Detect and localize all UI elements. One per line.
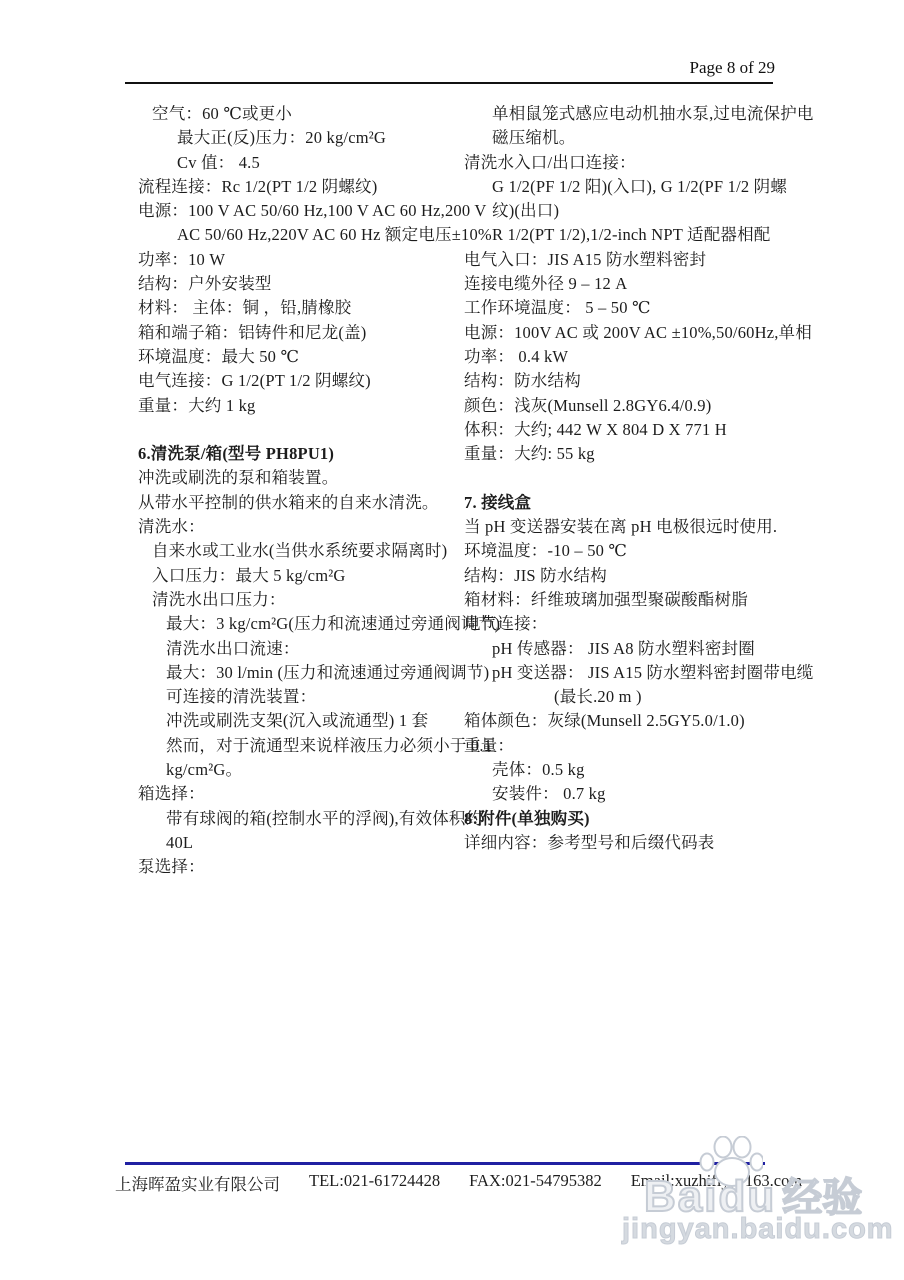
company-name: 上海晖盈实业有限公司 bbox=[115, 1171, 280, 1195]
spec-line bbox=[464, 466, 794, 490]
spec-line: 清洗水入口/出口连接： bbox=[464, 151, 794, 175]
spec-line: 可连接的清洗装置： bbox=[138, 685, 454, 709]
spec-line: 清洗水出口流速： bbox=[138, 637, 454, 661]
spec-line: 体积：大约; 442 W X 804 D X 771 H bbox=[464, 418, 794, 442]
spec-line: 单相鼠笼式感应电动机抽水泵,过电流保护电 bbox=[464, 102, 794, 126]
spec-line: 泵选择： bbox=[138, 855, 454, 879]
section-heading: 7. 接线盒 bbox=[464, 491, 794, 515]
spec-line: 冲洗或刷洗的泵和箱装置。 bbox=[138, 466, 454, 490]
spec-line: 40L bbox=[138, 831, 454, 855]
spec-line: 最大：3 kg/cm²G(压力和流速通过旁通阀调节) bbox=[138, 612, 454, 636]
section-heading: 8:附件(单独购买) bbox=[464, 807, 794, 831]
spec-line: 电气连接：G 1/2(PT 1/2 阴螺纹) bbox=[138, 369, 454, 393]
spec-line: 箱体颜色：灰绿(Munsell 2.5GY5.0/1.0) bbox=[464, 709, 794, 733]
spec-line: pH 变送器： JIS A15 防水塑料密封圈带电缆 bbox=[464, 661, 794, 685]
section-heading: 6.清洗泵/箱(型号 PH8PU1) bbox=[138, 442, 454, 466]
spec-line: 箱选择： bbox=[138, 782, 454, 806]
spec-line: G 1/2(PF 1/2 阳)(入口), G 1/2(PF 1/2 阴螺 bbox=[464, 175, 794, 199]
spec-line: 功率：10 W bbox=[138, 248, 454, 272]
spec-line: 电气入口：JIS A15 防水塑料密封 bbox=[464, 248, 794, 272]
spec-line: Cv 值： 4.5 bbox=[138, 151, 454, 175]
spec-line: pH 传感器： JIS A8 防水塑料密封圈 bbox=[464, 637, 794, 661]
spec-line: 电源：100V AC 或 200V AC ±10%,50/60Hz,单相 bbox=[464, 321, 794, 345]
spec-line: 清洗水出口压力： bbox=[138, 588, 454, 612]
spec-line: 结构：户外安装型 bbox=[138, 272, 454, 296]
header-rule bbox=[125, 82, 773, 84]
right-column: 单相鼠笼式感应电动机抽水泵,过电流保护电磁压缩机。清洗水入口/出口连接：G 1/… bbox=[464, 102, 794, 855]
document-page: Page 8 of 29 空气：60 ℃或更小最大正(反)压力：20 kg/cm… bbox=[0, 0, 904, 1280]
spec-line: 功率： 0.4 kW bbox=[464, 345, 794, 369]
spec-line: 最大正(反)压力：20 kg/cm²G bbox=[138, 126, 454, 150]
spec-line: 壳体：0.5 kg bbox=[464, 758, 794, 782]
spec-line: 详细内容：参考型号和后缀代码表 bbox=[464, 831, 794, 855]
spec-line: 冲洗或刷洗支架(沉入或流通型) 1 套 bbox=[138, 709, 454, 733]
spec-line: 最大：30 l/min (压力和流速通过旁通阀调节) bbox=[138, 661, 454, 685]
spec-line: 重量：大约 1 kg bbox=[138, 394, 454, 418]
spec-line: 箱和端子箱：铝铸件和尼龙(盖) bbox=[138, 321, 454, 345]
watermark-url: jingyan.baidu.com bbox=[622, 1213, 894, 1246]
spec-line: 材料： 主体：铜 ，铅,腈橡胶 bbox=[138, 296, 454, 320]
spec-line: R 1/2(PT 1/2),1/2-inch NPT 适配器相配 bbox=[464, 223, 794, 247]
spec-line: 然而，对于流通型来说样液压力必须小于 0.1 bbox=[138, 734, 454, 758]
spec-line: 工作环境温度： 5 – 50 ℃ bbox=[464, 296, 794, 320]
spec-line: 从带水平控制的供水箱来的自来水清洗。 bbox=[138, 491, 454, 515]
left-column: 空气：60 ℃或更小最大正(反)压力：20 kg/cm²GCv 值： 4.5流程… bbox=[138, 102, 454, 880]
spec-line: 自来水或工业水(当供水系统要求隔离时) bbox=[138, 539, 454, 563]
spec-line: 箱材料：纤维玻璃加强型聚碳酸酯树脂 bbox=[464, 588, 794, 612]
spec-line: 磁压缩机。 bbox=[464, 126, 794, 150]
spec-line: 电源：100 V AC 50/60 Hz,100 V AC 60 Hz,200 … bbox=[138, 199, 454, 223]
footer-fax: FAX:021-54795382 bbox=[469, 1171, 602, 1195]
spec-line: 连接电缆外径 9 – 12 A bbox=[464, 272, 794, 296]
spec-line: 环境温度：-10 – 50 ℃ bbox=[464, 539, 794, 563]
spec-line: 流程连接：Rc 1/2(PT 1/2 阴螺纹) bbox=[138, 175, 454, 199]
spec-line: 入口压力：最大 5 kg/cm²G bbox=[138, 564, 454, 588]
spec-line: 电气连接： bbox=[464, 612, 794, 636]
spec-line: 结构：JIS 防水结构 bbox=[464, 564, 794, 588]
spec-line: 安装件： 0.7 kg bbox=[464, 782, 794, 806]
spec-line bbox=[138, 418, 454, 442]
spec-line: 颜色：浅灰(Munsell 2.8GY6.4/0.9) bbox=[464, 394, 794, 418]
spec-line: 带有球阀的箱(控制水平的浮阀),有效体积约 bbox=[138, 807, 454, 831]
spec-line: 结构：防水结构 bbox=[464, 369, 794, 393]
spec-line: 当 pH 变送器安装在离 pH 电极很远时使用. bbox=[464, 515, 794, 539]
spec-line: 重量： bbox=[464, 734, 794, 758]
spec-line: (最长.20 m ) bbox=[464, 685, 794, 709]
spec-line: AC 50/60 Hz,220V AC 60 Hz 额定电压±10% bbox=[138, 223, 454, 247]
footer-tel: TEL:021-61724428 bbox=[309, 1171, 440, 1195]
footer-rule bbox=[125, 1162, 765, 1165]
spec-line: 环境温度：最大 50 ℃ bbox=[138, 345, 454, 369]
spec-line: 空气：60 ℃或更小 bbox=[138, 102, 454, 126]
spec-line: kg/cm²G。 bbox=[138, 758, 454, 782]
page-number: Page 8 of 29 bbox=[690, 58, 775, 78]
spec-line: 清洗水： bbox=[138, 515, 454, 539]
spec-line: 纹)(出口) bbox=[464, 199, 794, 223]
spec-line: 重量：大约: 55 kg bbox=[464, 442, 794, 466]
